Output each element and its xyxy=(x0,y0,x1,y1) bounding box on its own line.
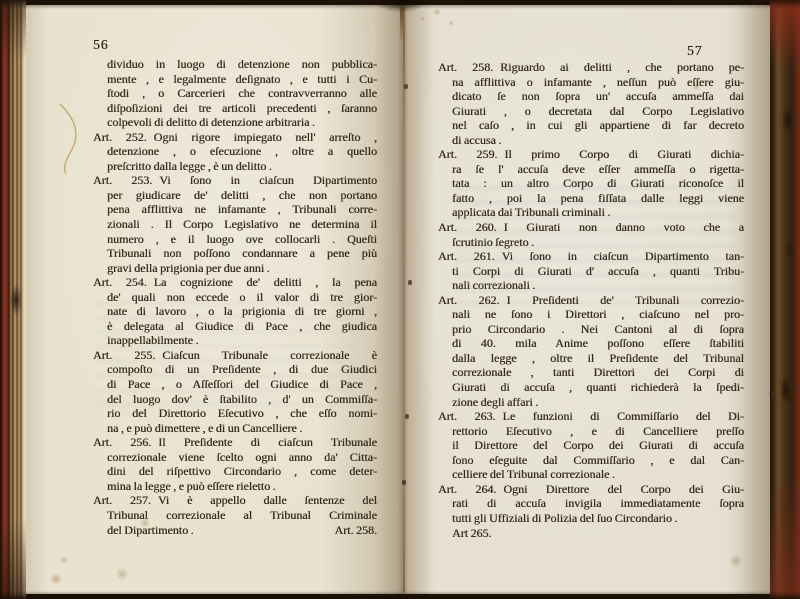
article-label: Art. 264. xyxy=(438,482,496,496)
article-label: Art. 254. xyxy=(93,275,147,289)
page-text: Art. 258.Riguardo ai delitti , che porta… xyxy=(438,60,744,540)
article-label: Art. 259. xyxy=(438,147,497,161)
text-line: di Pace , o Aſſeſſori del Giudice di Pac… xyxy=(93,377,377,392)
text-line: di accusa . xyxy=(438,133,744,148)
text-line: inappellabilmente . xyxy=(93,333,377,348)
text-line: compoſto di un Preſidente , di due Giudi… xyxy=(93,362,377,377)
text-line: Art. 260.I Giurati non danno voto che a xyxy=(438,220,744,235)
text-line: de' quali non eccede o il valor di tre g… xyxy=(93,290,377,305)
stitch-dot xyxy=(408,280,412,285)
text-line: Giurati di accuſa , quanti richiederà la… xyxy=(438,380,744,395)
paragraph: Art. 261.Vi ſono in ciaſcun Dipartimento… xyxy=(438,249,744,293)
article-label: Art. 253. xyxy=(93,173,152,187)
text-line: Art. 264.Ogni Direttore del Corpo dei Gi… xyxy=(438,482,744,497)
paragraph: Art. 255.Ciaſcun Tribunale correzionale … xyxy=(93,348,377,435)
text-line: colpevoli di delitto di detenzione arbit… xyxy=(93,115,377,130)
text-line: Art. 257.Vi è appello dalle ſentenze del xyxy=(93,493,377,508)
page-text: dividuo in luogo di detenzione non pubbl… xyxy=(93,57,377,537)
text-line: Art. 261.Vi ſono in ciaſcun Dipartimento… xyxy=(438,249,744,264)
right-text-column: 57 Art. 258.Riguardo ai delitti , che po… xyxy=(438,44,744,540)
paragraph: Art. 257.Vi è appello dalle ſentenze del… xyxy=(93,493,377,537)
article-label: Art. 262. xyxy=(438,293,500,307)
text-line: mina la legge , e può eſſere rieletto . xyxy=(93,479,377,494)
text-line: nali correzionali . xyxy=(438,278,744,293)
paragraph: Art. 263.Le funzioni di Commiſſario del … xyxy=(438,409,744,482)
paragraph: Art. 252.Ogni rigore impiegato nell' arr… xyxy=(93,130,377,174)
stitch-dot xyxy=(404,84,408,89)
book-edge-right xyxy=(770,0,800,599)
page-number: 56 xyxy=(93,38,109,53)
paragraph: Art. 258.Riguardo ai delitti , che porta… xyxy=(438,60,744,147)
book-edge-left xyxy=(0,0,26,599)
text-line: preſcritto dalla legge , è un delitto . xyxy=(93,159,377,174)
text-line: rettorio Eſecutivo , e di Cancelliere pr… xyxy=(438,424,744,439)
text-line: Art. 253.Vi ſono in ciaſcun Dipartimento xyxy=(93,173,377,188)
text-line: Giurati , o decretata dal Corpo Legislat… xyxy=(438,104,744,119)
text-line: na afflittiva o infamante , neſſun può e… xyxy=(438,75,744,90)
text-line: nali ne ſono i Direttori , ciaſcuno nel … xyxy=(438,307,744,322)
text-line: Tribunal correzionale al Tribunal Crimin… xyxy=(93,508,377,523)
text-line: ſcrutinio ſegreto . xyxy=(438,235,744,250)
text-line: pena afflittiva ne infamante , Tribunali… xyxy=(93,202,377,217)
catchword: Art 265. xyxy=(438,526,744,541)
text-line: è delegata al Giudice di Pace , che giud… xyxy=(93,319,377,334)
text-line: Art. 263.Le funzioni di Commiſſario del … xyxy=(438,409,744,424)
article-label: Art. 255. xyxy=(93,348,155,362)
text-line: per giudicare de' delitti , che non port… xyxy=(93,188,377,203)
article-label: Art. 260. xyxy=(438,220,497,234)
text-line: tutti gli Uffiziali di Polizia del ſuo C… xyxy=(438,511,744,526)
text-line: celliere del Tribunal correzionale . xyxy=(438,467,744,482)
text-line: applicata dai Tribunali criminali . xyxy=(438,205,744,220)
text-line: ſtodi , o Carcerieri che contravverranno… xyxy=(93,86,377,101)
text-line: Art. 255.Ciaſcun Tribunale correzionale … xyxy=(93,348,377,363)
article-label: Art. 261. xyxy=(438,249,495,263)
text-line: dicato ſe non ſopra un' accuſa ammeſſa d… xyxy=(438,89,744,104)
text-line: Art. 262.I Preſidenti de' Tribunali corr… xyxy=(438,293,744,308)
text-line: detenzione , o eſecuzione , oltre a quel… xyxy=(93,144,377,159)
text-line: diſpoſizioni dei tre articoli precedenti… xyxy=(93,101,377,116)
text-line: zionali . Il Corpo Legislativo ne determ… xyxy=(93,217,377,232)
page-right: 57 Art. 258.Riguardo ai delitti , che po… xyxy=(404,5,770,594)
text-line: Art. 259.Il primo Corpo di Giurati dichi… xyxy=(438,147,744,162)
text-line: rio del Direttorio Eſecutivo , che eſſo … xyxy=(93,406,377,421)
text-line: dividuo in luogo di detenzione non pubbl… xyxy=(93,57,377,72)
text-line: Tribunali non poſſono condannare a pene … xyxy=(93,246,377,261)
text-line: mente , e legalmente deſignato , e tutti… xyxy=(93,72,377,87)
catchword: Art. 258. xyxy=(335,523,378,538)
article-label: Art. 257. xyxy=(93,493,151,507)
text-line: dini del riſpettivo Circondario , come d… xyxy=(93,464,377,479)
page-left: 56 dividuo in luogo di detenzione non pu… xyxy=(22,5,404,594)
text-line: correzionale , tanti Direttori dei Corpi… xyxy=(438,365,744,380)
text-line: na , e può dimettere , e di un Cancellie… xyxy=(93,421,377,436)
paragraph: Art. 260.I Giurati non danno voto che aſ… xyxy=(438,220,744,249)
text-line: Art. 258.Riguardo ai delitti , che porta… xyxy=(438,60,744,75)
text-line: di 40. mila Anime poſſono eſſere ſtabili… xyxy=(438,336,744,351)
text-line: correzionale viene ſcelto ogni anno da' … xyxy=(93,450,377,465)
text-line: ti Corpi di Giurati d' accuſa , quanti T… xyxy=(438,264,744,279)
text-line: il Direttore del Corpo dei Giurati di ac… xyxy=(438,438,744,453)
text-line: ſono eſeguite dal Commiſſario , e dal Ca… xyxy=(438,453,744,468)
paragraph: Art. 253.Vi ſono in ciaſcun Dipartimento… xyxy=(93,173,377,275)
stitch-dot xyxy=(405,414,409,419)
paragraph: dividuo in luogo di detenzione non pubbl… xyxy=(93,57,377,130)
left-text-column: 56 dividuo in luogo di detenzione non pu… xyxy=(93,38,377,537)
text-line: nel caſo , in cui gli appartiene di far … xyxy=(438,118,744,133)
article-label: Art. 258. xyxy=(438,60,493,74)
article-label: Art. 252. xyxy=(93,130,147,144)
text-line: del luogo dov' è ſtabilito , d' un Commi… xyxy=(93,392,377,407)
paragraph: Art. 259.Il primo Corpo di Giurati dichi… xyxy=(438,147,744,220)
paragraph: Art. 256.Il Preſidente di ciaſcun Tribun… xyxy=(93,435,377,493)
text-line: del Dipartimento .Art. 258. xyxy=(93,523,377,538)
paragraph: Art. 264.Ogni Direttore del Corpo dei Gi… xyxy=(438,482,744,526)
article-label: Art. 256. xyxy=(93,435,151,449)
text-line: Art. 254.La cognizione de' delitti , la … xyxy=(93,275,377,290)
text-line: prio Circondario . Nei Cantoni al di ſop… xyxy=(438,322,744,337)
article-label: Art. 263. xyxy=(438,409,496,423)
text-line: gravi della prigionia per due anni . xyxy=(93,261,377,276)
text-line: fatto , poi la pena fiſſata dalle leggi … xyxy=(438,191,744,206)
text-line: ra ſe l' accuſa deve eſſer ammeſſa o rig… xyxy=(438,162,744,177)
text-line: dalla legge , oltre il Preſidente del Tr… xyxy=(438,351,744,366)
paragraph: Art. 262.I Preſidenti de' Tribunali corr… xyxy=(438,293,744,409)
text-line: numero , e il luogo ove collocarli . Que… xyxy=(93,232,377,247)
stitch-dot xyxy=(402,480,406,485)
paragraph: Art. 254.La cognizione de' delitti , la … xyxy=(93,275,377,348)
page-number: 57 xyxy=(687,44,703,59)
text-line: Art. 256.Il Preſidente di ciaſcun Tribun… xyxy=(93,435,377,450)
text-line: rati di accuſa invigila immediatamente ſ… xyxy=(438,496,744,511)
text-line: tata : un altro Corpo di Giurati riconoſ… xyxy=(438,176,744,191)
text-line: nate di lavoro , o la prigionia di tre g… xyxy=(93,304,377,319)
book-spread: 56 dividuo in luogo di detenzione non pu… xyxy=(0,0,800,599)
text-line: zione degli affari . xyxy=(438,395,744,410)
text-line: Art. 252.Ogni rigore impiegato nell' arr… xyxy=(93,130,377,145)
